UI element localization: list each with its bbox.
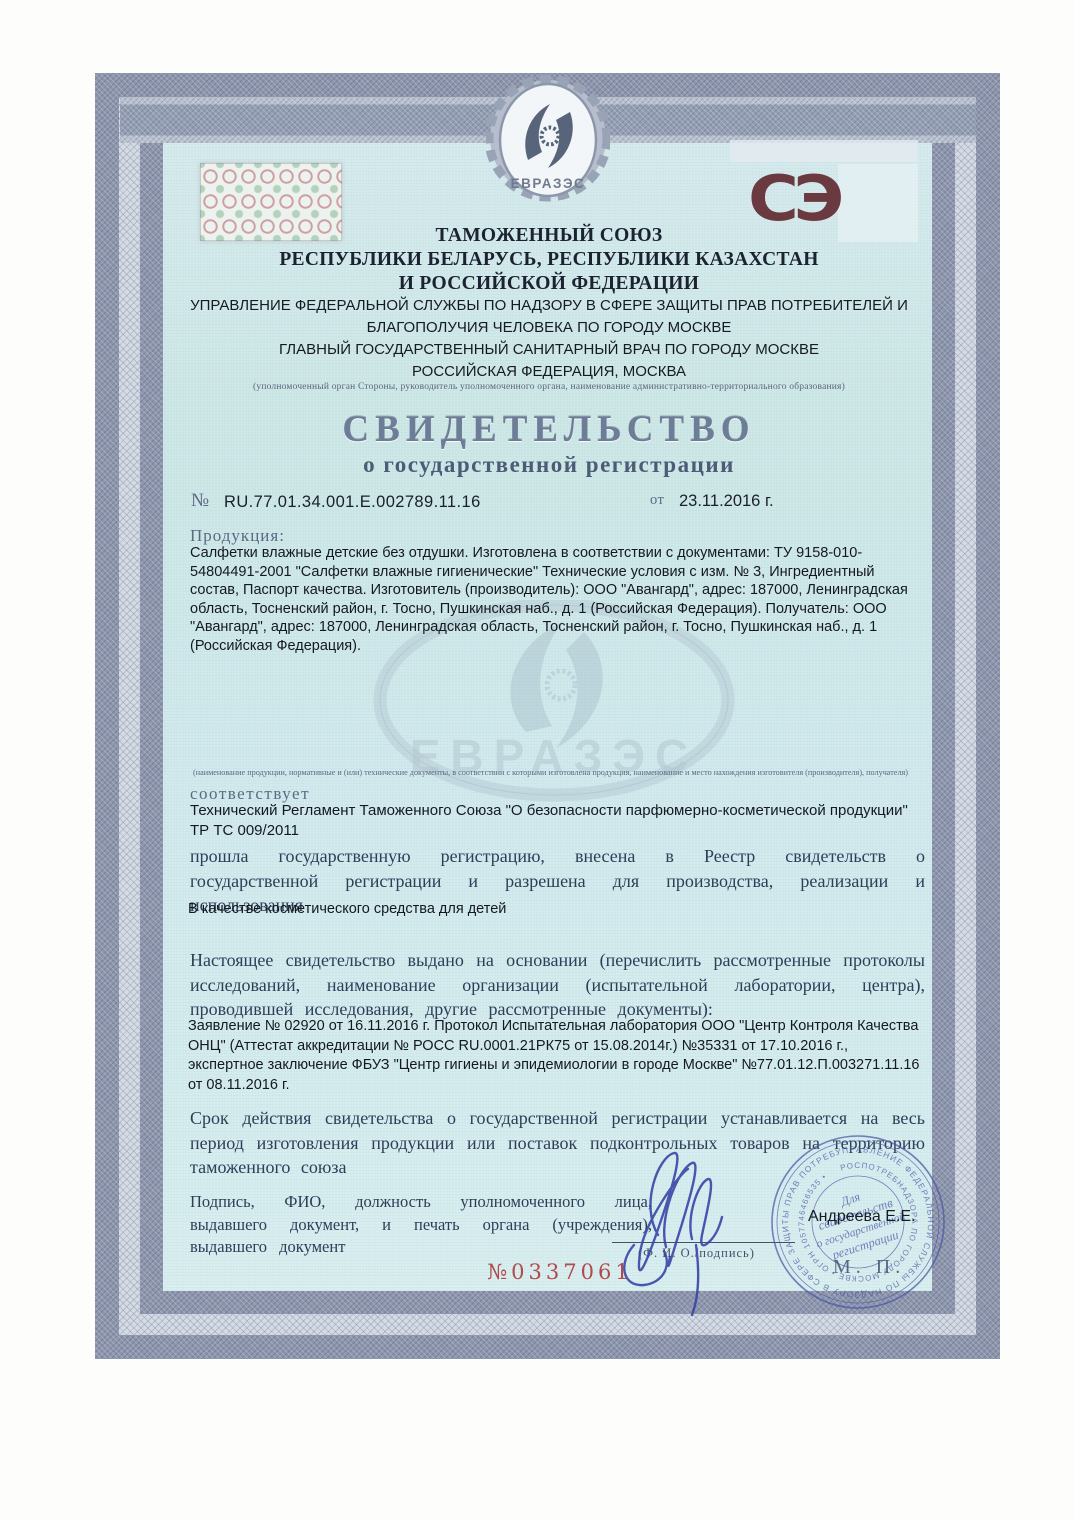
seal-place-mark: М. П. [833, 1256, 905, 1279]
number-label: № [191, 490, 209, 512]
union-title-line2: РЕСПУБЛИКИ БЕЛАРУСЬ, РЕСПУБЛИКИ КАЗАХСТА… [168, 248, 930, 272]
document-subtitle: о государственной регистрации [168, 452, 930, 478]
basis-statement: Настоящее свидетельство выдано на основа… [190, 948, 925, 1022]
usage-text: В качестве косметического средства для д… [188, 900, 506, 919]
union-title-line1: ТАМОЖЕННЫЙ СОЮЗ [168, 224, 930, 248]
product-description: Салфетки влажные детские без отдушки. Из… [190, 544, 923, 655]
basis-documents: Заявление № 02920 от 16.11.2016 г. Прото… [188, 1017, 925, 1095]
authority-country: РОССИЙСКАЯ ФЕДЕРАЦИЯ, МОСКВА [183, 361, 915, 383]
medallion-label: ЕВРАЗЭС [511, 176, 586, 191]
authority-chief: ГЛАВНЫЙ ГОСУДАРСТВЕННЫЙ САНИТАРНЫЙ ВРАЧ … [183, 339, 915, 361]
document-title: СВИДЕТЕЛЬСТВО [168, 408, 930, 451]
certificate-date: 23.11.2016 г. [679, 492, 774, 511]
certificate-number: RU.77.01.34.001.E.002789.11.16 [224, 493, 481, 512]
handwritten-signature [600, 1135, 800, 1320]
authority-caption: (уполномоченный орган Стороны, руководит… [183, 382, 915, 392]
signature-caption: Подпись, ФИО, должность уполномоченного … [190, 1191, 652, 1259]
union-title-line3: И РОССИЙСКОЙ ФЕДЕРАЦИИ [168, 272, 930, 296]
authority-name: УПРАВЛЕНИЕ ФЕДЕРАЛЬНОЙ СЛУЖБЫ ПО НАДЗОРУ… [183, 295, 915, 338]
compliance-text: Технический Регламент Таможенного Союза … [190, 801, 923, 841]
blank-serial-number: №0337061 [460, 1260, 660, 1284]
date-label: от [650, 492, 664, 509]
fine-print-product: (наименование продукции, нормативные и (… [183, 768, 918, 777]
eurasec-medallion: ЕВРАЗЭС [486, 74, 610, 208]
scan-artifact [730, 140, 918, 162]
signee-name: Андреева Е.Е. [808, 1208, 915, 1226]
product-label: Продукция: [190, 526, 285, 546]
